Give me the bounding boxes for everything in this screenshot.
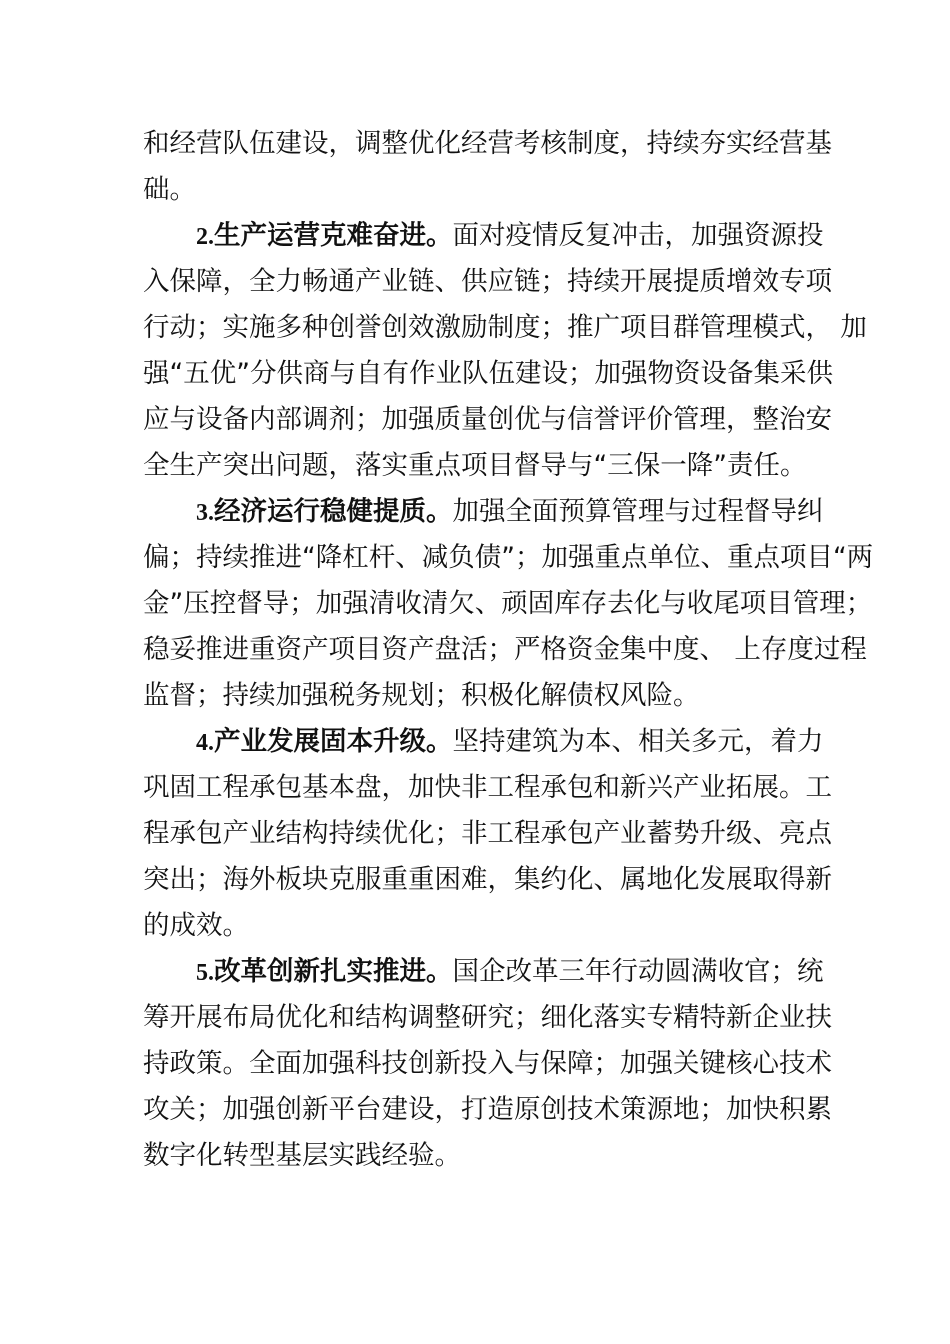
paragraph-1-line-2: 础。 bbox=[143, 167, 823, 213]
paragraph-3-first-line: 3.经济运行稳健提质。加强全面预算管理与过程督导纠 bbox=[196, 489, 823, 535]
paragraph-4-first-line: 4.产业发展固本升级。坚持建筑为本、相关多元，着力 bbox=[196, 719, 823, 765]
paragraph-2-number: 2. bbox=[196, 224, 214, 250]
paragraph-3-line-4: 稳妥推进重资产项目资产盘活；严格资金集中度、 上存度过程 bbox=[143, 627, 823, 673]
paragraph-2-line-6: 全生产突出问题，落实重点项目督导与“三保一降”责任。 bbox=[143, 443, 823, 489]
paragraph-4-line-2: 巩固工程承包基本盘，加快非工程承包和新兴产业拓展。工 bbox=[143, 765, 823, 811]
paragraph-1-line-1: 和经营队伍建设，调整优化经营考核制度，持续夯实经营基 bbox=[143, 121, 823, 167]
paragraph-3-line-2: 偏；持续推进“降杠杆、减负债”；加强重点单位、重点项目“两 bbox=[143, 535, 823, 581]
paragraph-5-line-5: 数字化转型基层实践经验。 bbox=[143, 1133, 823, 1179]
paragraph-2-line-2: 入保障，全力畅通产业链、供应链；持续开展提质增效专项 bbox=[143, 259, 823, 305]
paragraph-2-first-line-text: 面对疫情反复冲击，加强资源投 bbox=[453, 220, 824, 251]
paragraph-2-line-4: 强“五优”分供商与自有作业队伍建设；加强物资设备集采供 bbox=[143, 351, 823, 397]
paragraph-2-line-3: 行动；实施多种创誉创效激励制度；推广项目群管理模式， 加 bbox=[143, 305, 823, 351]
paragraph-5-line-4: 攻关；加强创新平台建设，打造原创技术策源地；加快积累 bbox=[143, 1087, 823, 1133]
paragraph-4-first-line-text: 坚持建筑为本、相关多元，着力 bbox=[453, 726, 824, 757]
paragraph-4-heading: 产业发展固本升级。 bbox=[214, 726, 453, 757]
paragraph-3-line-5: 监督；持续加强税务规划；积极化解债权风险。 bbox=[143, 673, 823, 719]
paragraph-2-first-line: 2.生产运营克难奋进。面对疫情反复冲击，加强资源投 bbox=[196, 213, 823, 259]
paragraph-5-heading: 改革创新扎实推进。 bbox=[214, 956, 453, 987]
paragraph-4-line-3: 程承包产业结构持续优化；非工程承包产业蓄势升级、亮点 bbox=[143, 811, 823, 857]
document-page: 和经营队伍建设，调整优化经营考核制度，持续夯实经营基 础。 2.生产运营克难奋进… bbox=[0, 0, 950, 1344]
paragraph-5-first-line: 5.改革创新扎实推进。国企改革三年行动圆满收官；统 bbox=[196, 949, 823, 995]
paragraph-3-line-3: 金”压控督导；加强清收清欠、顽固库存去化与收尾项目管理； bbox=[143, 581, 823, 627]
paragraph-5-line-3: 持政策。全面加强科技创新投入与保障；加强关键核心技术 bbox=[143, 1041, 823, 1087]
paragraph-3-first-line-text: 加强全面预算管理与过程督导纠 bbox=[453, 496, 824, 527]
paragraph-2-heading: 生产运营克难奋进。 bbox=[214, 220, 453, 251]
paragraph-5-first-line-text: 国企改革三年行动圆满收官；统 bbox=[453, 956, 824, 987]
paragraph-5-line-2: 筹开展布局优化和结构调整研究；细化落实专精特新企业扶 bbox=[143, 995, 823, 1041]
paragraph-4-line-4: 突出；海外板块克服重重困难，集约化、属地化发展取得新 bbox=[143, 857, 823, 903]
paragraph-3-number: 3. bbox=[196, 500, 214, 526]
paragraph-5-number: 5. bbox=[196, 960, 214, 986]
paragraph-4-line-5: 的成效。 bbox=[143, 903, 823, 949]
paragraph-3-heading: 经济运行稳健提质。 bbox=[214, 496, 453, 527]
paragraph-4-number: 4. bbox=[196, 730, 214, 756]
paragraph-2-line-5: 应与设备内部调剂；加强质量创优与信誉评价管理，整治安 bbox=[143, 397, 823, 443]
